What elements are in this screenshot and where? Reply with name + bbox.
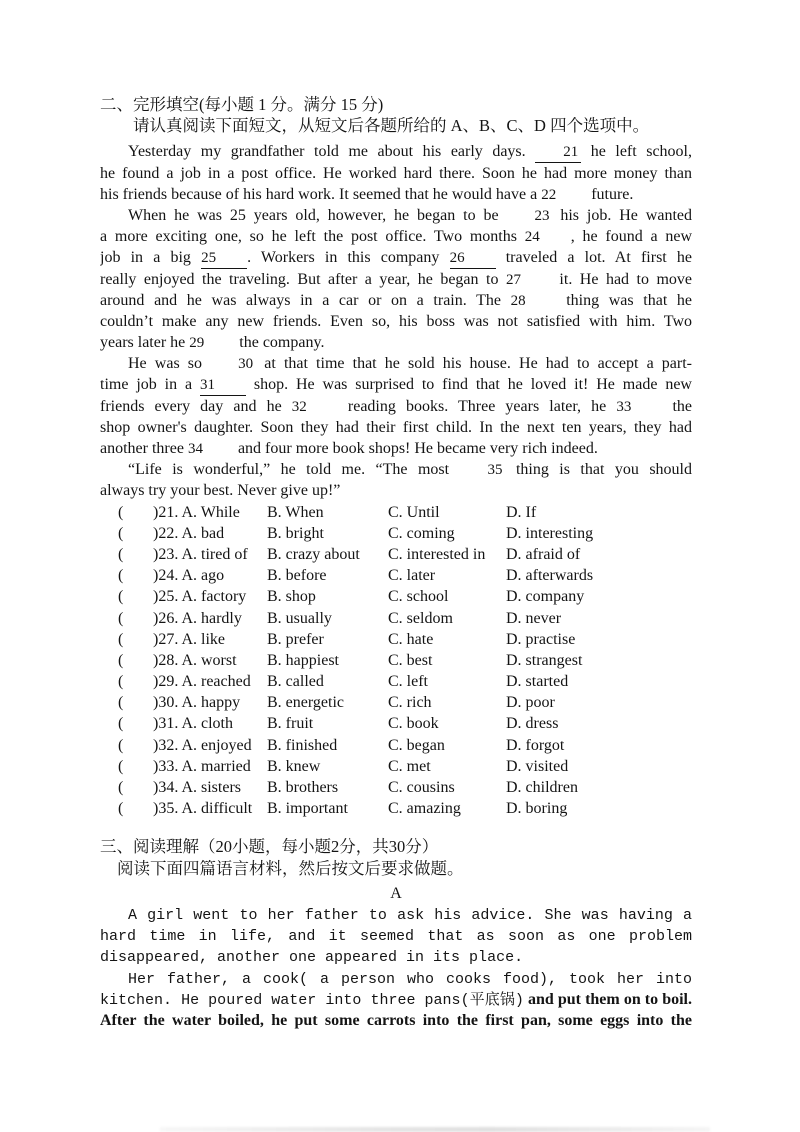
cloze-blank-24: 24: [525, 229, 571, 247]
cloze-blank-23: 23: [506, 208, 552, 226]
option-row-31: ()31. A. clothB. fruitC. bookD. dress: [100, 713, 692, 734]
text-line: After the water boiled, he put some carr…: [100, 1010, 692, 1031]
option-row-32: ()32. A. enjoyedB. finishedC. beganD. fo…: [100, 735, 692, 756]
option-35-d: D. boring: [506, 798, 567, 819]
text-line: friends every day and he 32 reading book…: [100, 396, 692, 417]
cloze-blank-30: 30: [210, 356, 256, 374]
text-line: a more exciting one, so he left the post…: [100, 226, 692, 247]
cloze-blank-22: 22: [541, 187, 587, 205]
text-line: he found a job in a post office. He work…: [100, 163, 692, 184]
option-22-d: D. interesting: [506, 523, 593, 544]
option-row-22: ()22. A. badB. brightC. comingD. interes…: [100, 523, 692, 544]
option-27-b: B. prefer: [267, 629, 388, 650]
cloze-blank-31: 31: [200, 377, 246, 395]
text-line: hard time in life, and it seemed that as…: [100, 925, 692, 946]
option-35-c: C. amazing: [388, 798, 506, 819]
option-22-b: B. bright: [267, 523, 388, 544]
cloze-section-heading: 二、完形填空(每小题 1 分。满分 15 分): [100, 94, 692, 115]
cloze-section-instruction: 请认真阅读下面短文，从短文后各题所给的 A、B、C、D 四个选项中。: [100, 115, 692, 136]
option-24-d: D. afterwards: [506, 565, 593, 586]
text-segment: kitchen. He poured water into three pans…: [100, 992, 524, 1009]
option-35-b: B. important: [267, 798, 388, 819]
text-segment: hard time in life, and it seemed that as…: [100, 928, 692, 945]
text-line: another three 34 and four more book shop…: [100, 438, 692, 459]
option-28-d: D. strangest: [506, 650, 582, 671]
option-23-d: D. afraid of: [506, 544, 580, 565]
text-segment: disappeared, another one appeared in its…: [100, 949, 523, 966]
cloze-blank-26: 26: [450, 250, 496, 268]
option-26-c: C. seldom: [388, 608, 506, 629]
cloze-blank-35: 35: [460, 462, 506, 480]
text-line: couldn’t make any new friends. Even so, …: [100, 311, 692, 332]
option-29-d: D. started: [506, 671, 568, 692]
option-24-b: B. before: [267, 565, 388, 586]
option-30-c: C. rich: [388, 692, 506, 713]
cloze-paragraphs: Yesterday my grandfather told me about h…: [100, 141, 692, 501]
option-26-d: D. never: [506, 608, 561, 629]
option-32-d: D. forgot: [506, 735, 564, 756]
option-row-33: ()33. A. marriedB. knewC. metD. visited: [100, 756, 692, 777]
text-segment: Her father, a cook( a person who cooks f…: [100, 971, 692, 989]
options-list: ()21. A. WhileB. WhenC. UntilD. If()22. …: [100, 502, 692, 820]
text-line: A girl went to her father to ask his adv…: [100, 904, 692, 925]
option-row-25: ()25. A. factoryB. shopC. schoolD. compa…: [100, 586, 692, 607]
option-24-c: C. later: [388, 565, 506, 586]
exam-page: { "document": { "cloze_section": { "head…: [0, 0, 800, 1132]
option-35-a: )35. A. difficult: [153, 798, 267, 819]
option-31-c: C. book: [388, 713, 506, 734]
option-29-c: C. left: [388, 671, 506, 692]
answer-paren-28: (: [100, 650, 153, 671]
cloze-paragraph-3: He was so 30 at that time that he sold h…: [100, 353, 692, 459]
reading-section-heading: 三、阅读理解（20小题，每小题2分，共30分）: [100, 836, 692, 857]
option-21-d: D. If: [506, 502, 536, 523]
option-25-c: C. school: [388, 586, 506, 607]
text-segment: and put them on to boil.: [524, 991, 692, 1008]
text-line: “Life is wonderful,” he told me. “The mo…: [100, 459, 692, 480]
option-row-21: ()21. A. WhileB. WhenC. UntilD. If: [100, 502, 692, 523]
answer-paren-30: (: [100, 692, 153, 713]
text-line: years later he 29 the company.: [100, 332, 692, 353]
option-23-a: )23. A. tired of: [153, 544, 267, 565]
option-34-a: )34. A. sisters: [153, 777, 267, 798]
option-row-26: ()26. A. hardlyB. usuallyC. seldomD. nev…: [100, 608, 692, 629]
option-25-a: )25. A. factory: [153, 586, 267, 607]
option-29-a: )29. A. reached: [153, 671, 267, 692]
answer-paren-22: (: [100, 523, 153, 544]
cloze-paragraph-4: “Life is wonderful,” he told me. “The mo…: [100, 459, 692, 501]
option-28-b: B. happiest: [267, 650, 388, 671]
text-segment: A girl went to her father to ask his adv…: [128, 907, 692, 924]
passage-a-label: A: [100, 883, 692, 904]
option-23-c: C. interested in: [388, 544, 506, 565]
text-line: When he was 25 years old, however, he be…: [100, 205, 692, 226]
reading-paragraphs: A girl went to her father to ask his adv…: [100, 904, 692, 1031]
text-line: really enjoyed the traveling. But after …: [100, 269, 692, 290]
option-28-c: C. best: [388, 650, 506, 671]
answer-paren-35: (: [100, 798, 153, 819]
cloze-blank-33: 33: [616, 399, 662, 417]
option-21-b: B. When: [267, 502, 388, 523]
option-row-30: ()30. A. happyB. energeticC. richD. poor: [100, 692, 692, 713]
option-27-c: C. hate: [388, 629, 506, 650]
text-line: always try your best. Never give up!”: [100, 480, 692, 501]
answer-paren-26: (: [100, 608, 153, 629]
option-34-d: D. children: [506, 777, 578, 798]
cloze-blank-21: 21: [535, 144, 581, 162]
option-32-a: )32. A. enjoyed: [153, 735, 267, 756]
text-segment: After the water boiled, he put some carr…: [100, 1012, 692, 1029]
option-33-d: D. visited: [506, 756, 568, 777]
option-21-c: C. Until: [388, 502, 506, 523]
option-row-29: ()29. A. reachedB. calledC. leftD. start…: [100, 671, 692, 692]
text-line: disappeared, another one appeared in its…: [100, 946, 692, 967]
reading-section: 三、阅读理解（20小题，每小题2分，共30分） 阅读下面四篇语言材料，然后按文后…: [100, 836, 692, 1031]
option-33-a: )33. A. married: [153, 756, 267, 777]
cloze-blank-25: 25: [201, 250, 247, 268]
answer-paren-29: (: [100, 671, 153, 692]
option-30-d: D. poor: [506, 692, 555, 713]
option-34-b: B. brothers: [267, 777, 388, 798]
option-28-a: )28. A. worst: [153, 650, 267, 671]
cloze-blank-32: 32: [292, 399, 338, 417]
option-30-a: )30. A. happy: [153, 692, 267, 713]
option-31-d: D. dress: [506, 713, 558, 734]
option-row-24: ()24. A. agoB. beforeC. laterD. afterwar…: [100, 565, 692, 586]
option-row-35: ()35. A. difficultB. importantC. amazing…: [100, 798, 692, 819]
reading-paragraph-2: Her father, a cook( a person who cooks f…: [100, 968, 692, 1032]
reading-section-instruction: 阅读下面四篇语言材料，然后按文后要求做题。: [100, 858, 692, 879]
option-23-b: B. crazy about: [267, 544, 388, 565]
option-31-a: )31. A. cloth: [153, 713, 267, 734]
option-24-a: )24. A. ago: [153, 565, 267, 586]
text-line: shop owner's daughter. Soon they had the…: [100, 417, 692, 438]
answer-paren-27: (: [100, 629, 153, 650]
answer-paren-21: (: [100, 502, 153, 523]
answer-paren-23: (: [100, 544, 153, 565]
text-line: around and he was always in a car or on …: [100, 290, 692, 311]
cloze-blank-27: 27: [506, 272, 552, 290]
option-29-b: B. called: [267, 671, 388, 692]
text-line: He was so 30 at that time that he sold h…: [100, 353, 692, 374]
option-22-a: )22. A. bad: [153, 523, 267, 544]
scan-edge-artifact: [160, 1127, 710, 1132]
option-row-28: ()28. A. worstB. happiestC. bestD. stran…: [100, 650, 692, 671]
answer-paren-25: (: [100, 586, 153, 607]
option-row-27: ()27. A. likeB. preferC. hateD. practise: [100, 629, 692, 650]
option-21-a: )21. A. While: [153, 502, 267, 523]
answer-paren-34: (: [100, 777, 153, 798]
cloze-paragraph-1: Yesterday my grandfather told me about h…: [100, 141, 692, 205]
option-27-a: )27. A. like: [153, 629, 267, 650]
cloze-blank-34: 34: [188, 441, 234, 459]
answer-paren-24: (: [100, 565, 153, 586]
option-25-d: D. company: [506, 586, 584, 607]
document-page: 二、完形填空(每小题 1 分。满分 15 分) 请认真阅读下面短文，从短文后各题…: [0, 0, 800, 1132]
text-line: his friends because of his hard work. It…: [100, 184, 692, 205]
cloze-blank-28: 28: [511, 293, 557, 311]
text-line: Her father, a cook( a person who cooks f…: [100, 968, 692, 989]
text-line: time job in a 31 shop. He was surprised …: [100, 374, 692, 395]
option-row-34: ()34. A. sistersB. brothersC. cousinsD. …: [100, 777, 692, 798]
cloze-paragraph-2: When he was 25 years old, however, he be…: [100, 205, 692, 353]
option-22-c: C. coming: [388, 523, 506, 544]
option-30-b: B. energetic: [267, 692, 388, 713]
option-32-c: C. began: [388, 735, 506, 756]
option-row-23: ()23. A. tired ofB. crazy aboutC. intere…: [100, 544, 692, 565]
option-31-b: B. fruit: [267, 713, 388, 734]
text-line: kitchen. He poured water into three pans…: [100, 989, 692, 1010]
option-26-a: )26. A. hardly: [153, 608, 267, 629]
text-line: job in a big 25. Workers in this company…: [100, 247, 692, 268]
option-25-b: B. shop: [267, 586, 388, 607]
option-33-b: B. knew: [267, 756, 388, 777]
answer-paren-33: (: [100, 756, 153, 777]
option-34-c: C. cousins: [388, 777, 506, 798]
reading-paragraph-1: A girl went to her father to ask his adv…: [100, 904, 692, 968]
option-32-b: B. finished: [267, 735, 388, 756]
answer-paren-31: (: [100, 713, 153, 734]
cloze-blank-29: 29: [189, 335, 235, 353]
option-33-c: C. met: [388, 756, 506, 777]
answer-paren-32: (: [100, 735, 153, 756]
text-line: Yesterday my grandfather told me about h…: [100, 141, 692, 162]
option-26-b: B. usually: [267, 608, 388, 629]
option-27-d: D. practise: [506, 629, 575, 650]
